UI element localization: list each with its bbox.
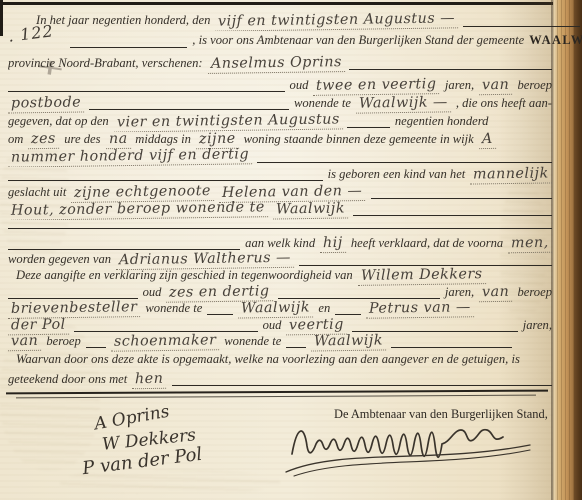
form-line: postbodewonende teWaalwijk —, die ons he… — [8, 95, 552, 114]
printed-text: wonende te — [294, 96, 351, 111]
handwritten-text: A — [479, 131, 496, 149]
printed-text: om — [8, 132, 23, 147]
blank-line — [371, 198, 552, 199]
handwritten-text: vijf en twintigsten Augustus — — [215, 12, 458, 31]
handwritten-text: Waalwijk — — [356, 95, 451, 114]
handwritten-text: schoenmaker — [111, 333, 220, 352]
printed-text: , die ons heeft aan- — [456, 96, 552, 111]
printed-text: WAALWIJK, — [529, 33, 582, 48]
printed-text: is geboren een kind van het — [328, 167, 466, 182]
printed-text: geslacht uit — [8, 185, 66, 200]
blank-line — [352, 331, 517, 332]
form-line — [8, 214, 552, 233]
printed-text: heeft verklaard, dat de voorna — [351, 236, 503, 251]
printed-text: wonende te — [224, 334, 281, 349]
printed-text: oud — [290, 78, 309, 93]
form-line: is geboren een kind van hetmannelijk — [8, 166, 552, 185]
closing-rule-thin — [16, 395, 536, 399]
form-line: geteekend door ons methen — [8, 371, 552, 390]
printed-text: Waarvan door ons deze akte is opgemaakt,… — [16, 352, 520, 367]
blank-line — [8, 249, 240, 250]
form-line: provincie Noord-Brabant, verschenen:Anse… — [8, 55, 552, 74]
handwritten-text: postbode — [8, 95, 84, 114]
printed-text: In het jaar negentien honderd, den — [36, 13, 210, 28]
blank-line — [89, 109, 289, 110]
top-border-rule — [0, 2, 560, 5]
blank-line — [86, 347, 106, 348]
handwritten-text: nummer honderd vijf en dertig — [8, 148, 252, 167]
printed-text: en — [318, 301, 330, 316]
handwritten-text: hen — [132, 371, 167, 389]
blank-line — [335, 314, 361, 315]
printed-text: beroep — [517, 78, 552, 93]
blank-line — [349, 69, 552, 70]
printed-text: oud — [143, 285, 162, 300]
blank-line — [172, 385, 552, 386]
handwritten-text: Anselmus Oprins — [207, 55, 344, 74]
printed-text: provincie Noord-Brabant, verschenen: — [8, 56, 203, 71]
printed-text: , is voor ons Ambtenaar van den Burgerli… — [192, 33, 524, 48]
blank-line — [278, 298, 440, 299]
printed-text: jaren, — [523, 318, 552, 333]
handwritten-text: na — [105, 131, 130, 149]
printed-text: middags in — [135, 132, 191, 147]
book-binding-edge — [574, 0, 582, 500]
printed-text: jaren, — [445, 285, 474, 300]
book-binding-strip — [553, 0, 574, 500]
printed-text: beroep — [517, 285, 552, 300]
printed-text: oud — [263, 318, 282, 333]
blank-line — [8, 298, 138, 299]
printed-text: beroep — [46, 334, 81, 349]
blank-line — [8, 91, 285, 92]
form-line: oudtwee en veertigjaren,vanberoep — [8, 77, 552, 96]
handwritten-text: Waalwijk — [311, 333, 386, 352]
form-line: nummer honderd vijf en dertig — [8, 148, 552, 167]
handwritten-text: Waalwijk — [238, 300, 313, 319]
handwritten-text: van — [479, 77, 513, 95]
printed-text: woning staande binnen deze gemeente in w… — [244, 132, 474, 147]
blank-line — [8, 228, 552, 229]
handwritten-text: Petrus van — — [366, 300, 474, 319]
blank-line — [257, 162, 552, 163]
blank-line — [391, 347, 511, 348]
registrar-signature-flourish — [282, 418, 537, 482]
left-border-rule — [0, 0, 3, 36]
handwritten-text: twee en veertig — [313, 77, 440, 96]
blank-line — [207, 314, 233, 315]
form-line: , is voor ons Ambtenaar van den Burgerli… — [8, 33, 582, 52]
blank-line — [463, 26, 580, 27]
form-line: vanberoepschoenmakerwonende teWaalwijk — [8, 333, 552, 352]
form-line: In het jaar negentien honderd, denvijf e… — [8, 12, 580, 31]
handwritten-text: zes — [28, 131, 59, 149]
handwritten-text: van — [8, 333, 41, 351]
blank-line — [74, 331, 258, 332]
blank-line — [347, 127, 389, 128]
handwritten-text: mannelijk — [470, 166, 552, 185]
printed-text: gegeven, dat op den — [8, 114, 109, 129]
printed-text: negentien honderd — [395, 114, 489, 129]
blank-line — [286, 347, 306, 348]
printed-text: aan welk kind — [245, 236, 315, 251]
handwritten-text: vier en twintigsten Augustus — [114, 113, 343, 132]
printed-text: worden gegeven van — [8, 252, 111, 267]
form-line: gegeven, dat op denvier en twintigsten A… — [8, 113, 552, 132]
blank-line — [70, 47, 187, 48]
closing-rule — [6, 390, 548, 395]
printed-text: jaren, — [445, 78, 474, 93]
printed-text: wonende te — [145, 301, 202, 316]
blank-line — [299, 265, 552, 266]
printed-text: ure des — [64, 132, 100, 147]
form-line: Waarvan door ons deze akte is opgemaakt,… — [8, 352, 560, 371]
handwritten-text: zijne — [196, 131, 239, 149]
blank-line — [8, 180, 323, 181]
printed-text: geteekend door ons met — [8, 372, 127, 387]
printed-text: Deze aangifte en verklaring zijn geschie… — [16, 268, 353, 283]
birth-record-scan: . 122 + In het jaar negentien honderd, d… — [0, 0, 582, 500]
